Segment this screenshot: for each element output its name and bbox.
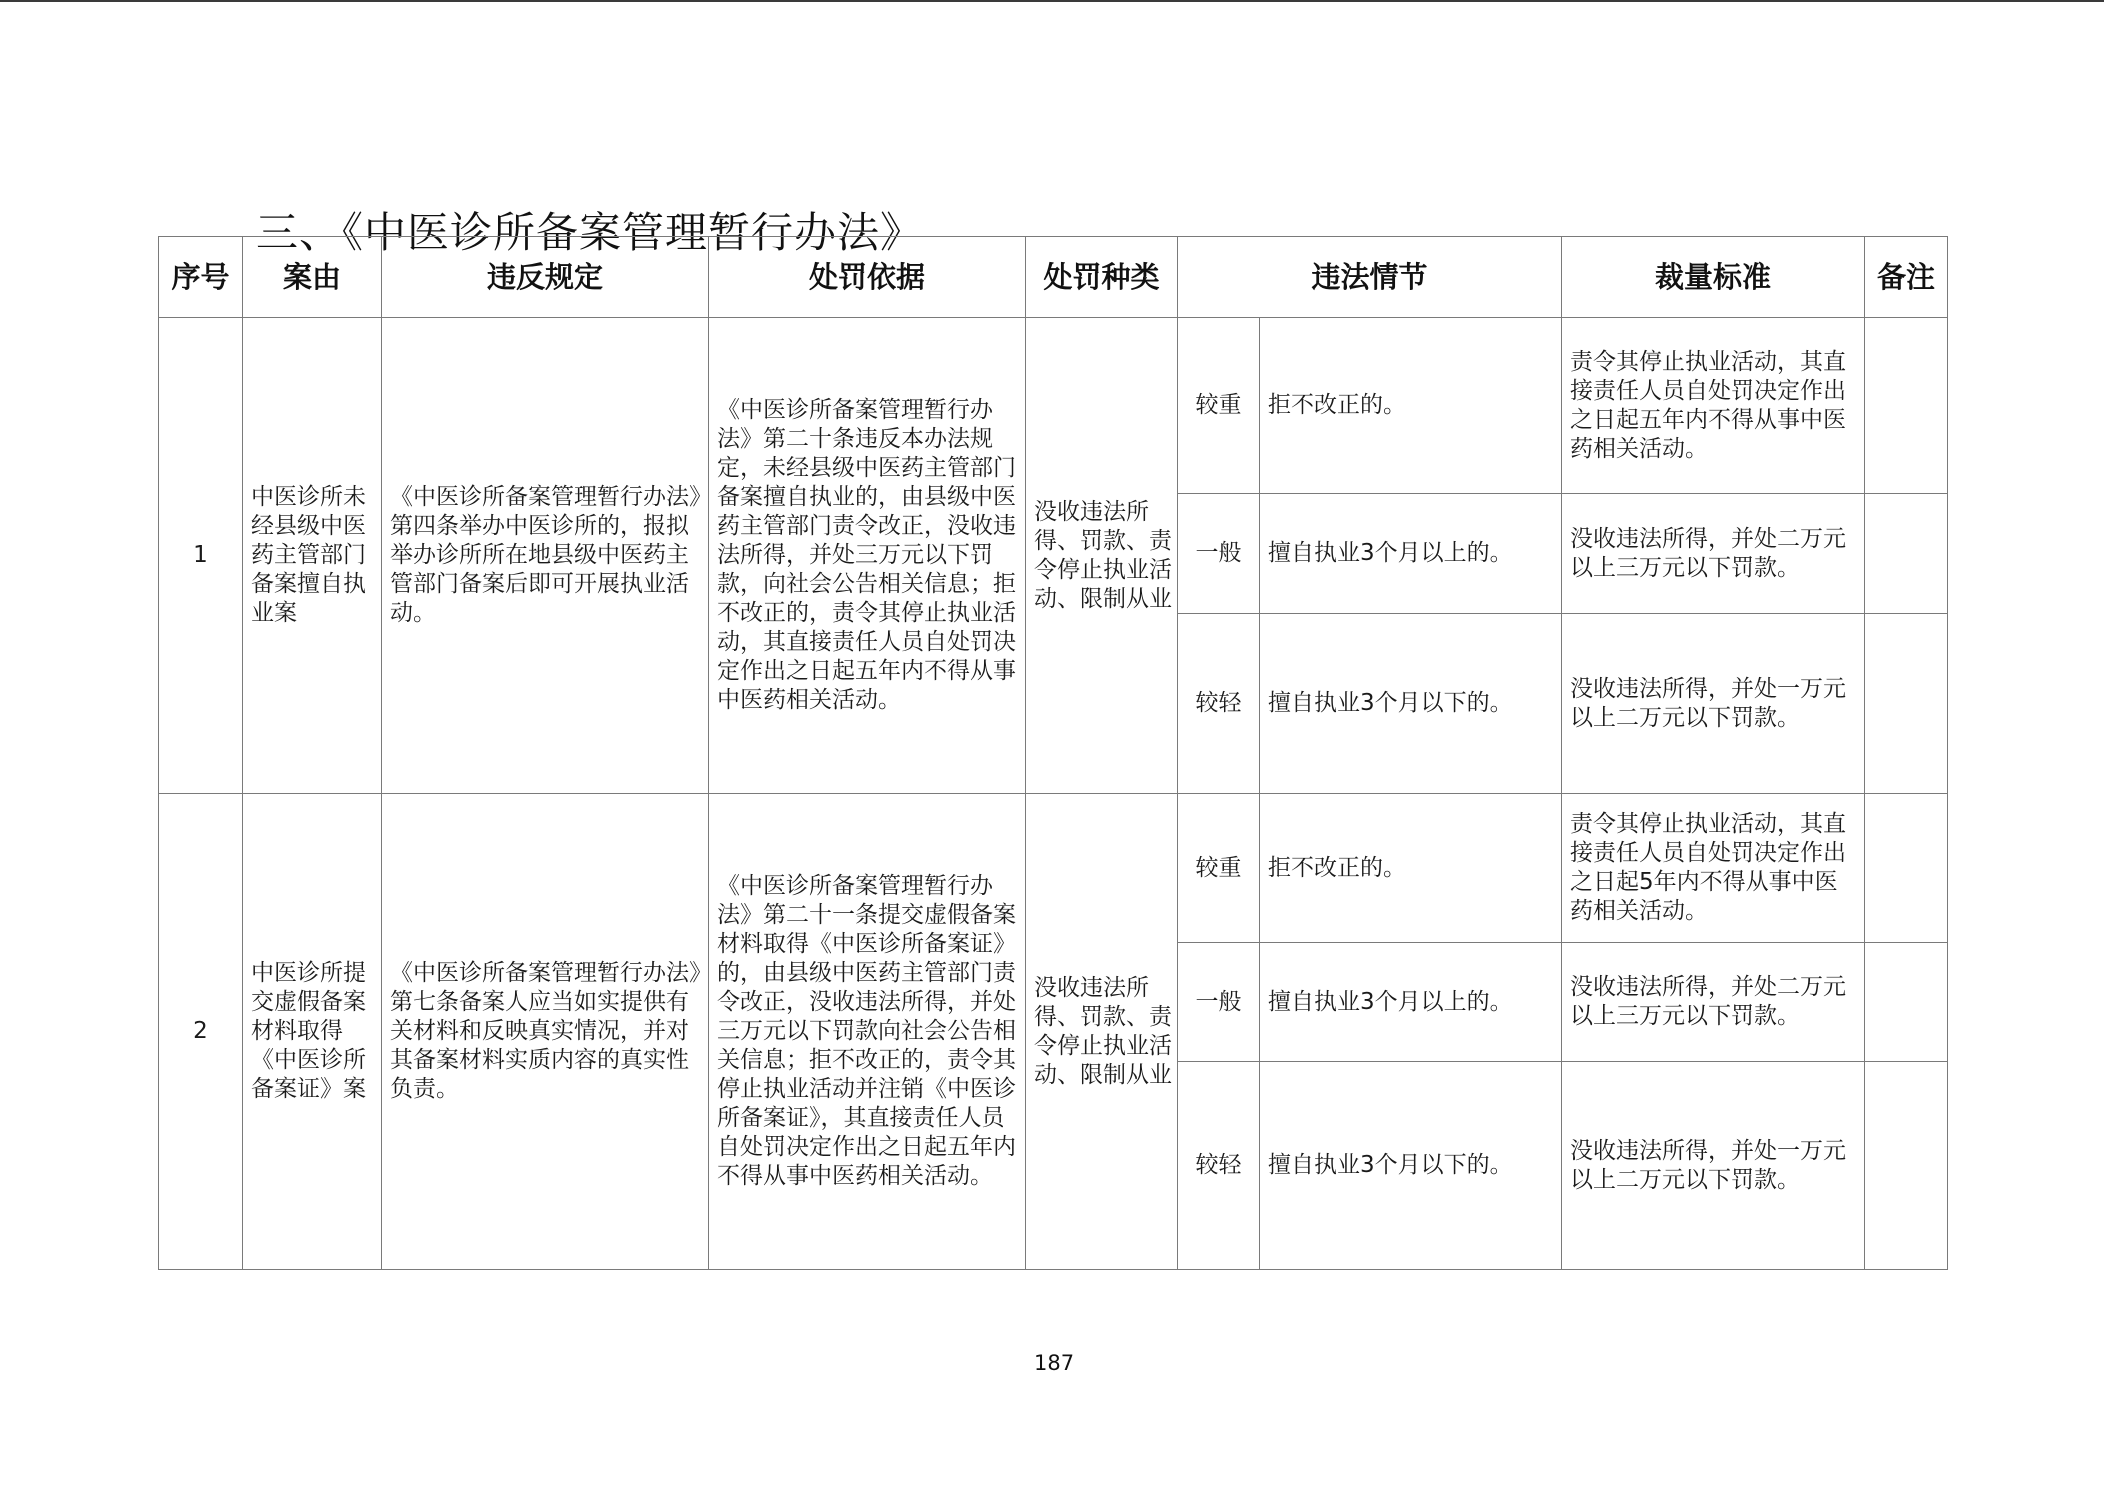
header-remark: 备注 bbox=[1865, 237, 1948, 318]
header-penalty-type: 处罚种类 bbox=[1026, 237, 1178, 318]
penalty-basis: 《中医诊所备案管理暂行办法》第二十条违反本办法规定，未经县级中医药主管部门备案擅… bbox=[709, 318, 1026, 794]
circumstance: 擅自执业3个月以下的。 bbox=[1260, 614, 1562, 794]
remark bbox=[1865, 1062, 1948, 1270]
violated-provision: 《中医诊所备案管理暂行办法》第四条举办中医诊所的，报拟举办诊所所在地县级中医药主… bbox=[382, 318, 709, 794]
table-row: 1 中医诊所未经县级中医药主管部门备案擅自执业案 《中医诊所备案管理暂行办法》第… bbox=[159, 318, 1948, 494]
header-cause: 案由 bbox=[243, 237, 382, 318]
penalty-type: 没收违法所得、罚款、责令停止执业活动、限制从业 bbox=[1026, 318, 1178, 794]
remark bbox=[1865, 318, 1948, 494]
severity-grade: 较轻 bbox=[1178, 614, 1260, 794]
remark bbox=[1865, 943, 1948, 1062]
table-header-row: 序号 案由 违反规定 处罚依据 处罚种类 违法情节 裁量标准 备注 bbox=[159, 237, 1948, 318]
violated-provision: 《中医诊所备案管理暂行办法》第七条备案人应当如实提供有关材料和反映真实情况，并对… bbox=[382, 794, 709, 1270]
discretion-standard: 没收违法所得，并处一万元以上二万元以下罚款。 bbox=[1562, 1062, 1865, 1270]
severity-grade: 较重 bbox=[1178, 318, 1260, 494]
circumstance: 擅自执业3个月以上的。 bbox=[1260, 943, 1562, 1062]
discretion-standard: 没收违法所得，并处二万元以上三万元以下罚款。 bbox=[1562, 494, 1865, 614]
header-circumstance: 违法情节 bbox=[1178, 237, 1562, 318]
page-number: 187 bbox=[1034, 1351, 1074, 1375]
remark bbox=[1865, 794, 1948, 943]
circumstance: 擅自执业3个月以下的。 bbox=[1260, 1062, 1562, 1270]
discretion-standard: 没收违法所得，并处二万元以上三万元以下罚款。 bbox=[1562, 943, 1865, 1062]
circumstance: 拒不改正的。 bbox=[1260, 318, 1562, 494]
circumstance: 擅自执业3个月以上的。 bbox=[1260, 494, 1562, 614]
penalty-basis: 《中医诊所备案管理暂行办法》第二十一条提交虚假备案材料取得《中医诊所备案证》的，… bbox=[709, 794, 1026, 1270]
discretion-standard: 责令其停止执业活动，其直接责任人员自处罚决定作出之日起五年内不得从事中医药相关活… bbox=[1562, 318, 1865, 494]
severity-grade: 较重 bbox=[1178, 794, 1260, 943]
severity-grade: 较轻 bbox=[1178, 1062, 1260, 1270]
discretion-standard: 责令其停止执业活动，其直接责任人员自处罚决定作出之日起5年内不得从事中医药相关活… bbox=[1562, 794, 1865, 943]
remark bbox=[1865, 614, 1948, 794]
penalty-type: 没收违法所得、罚款、责令停止执业活动、限制从业 bbox=[1026, 794, 1178, 1270]
row-number: 1 bbox=[159, 318, 243, 794]
header-penalty-basis: 处罚依据 bbox=[709, 237, 1026, 318]
header-standard: 裁量标准 bbox=[1562, 237, 1865, 318]
row-number: 2 bbox=[159, 794, 243, 1270]
circumstance: 拒不改正的。 bbox=[1260, 794, 1562, 943]
discretion-standard: 没收违法所得，并处一万元以上二万元以下罚款。 bbox=[1562, 614, 1865, 794]
table-row: 2 中医诊所提交虚假备案材料取得《中医诊所备案证》案 《中医诊所备案管理暂行办法… bbox=[159, 794, 1948, 943]
severity-grade: 一般 bbox=[1178, 943, 1260, 1062]
severity-grade: 一般 bbox=[1178, 494, 1260, 614]
header-no: 序号 bbox=[159, 237, 243, 318]
header-violated-provision: 违反规定 bbox=[382, 237, 709, 318]
page-top-border bbox=[0, 0, 2104, 2]
case-cause: 中医诊所提交虚假备案材料取得《中医诊所备案证》案 bbox=[243, 794, 382, 1270]
remark bbox=[1865, 494, 1948, 614]
penalty-discretion-table: 序号 案由 违反规定 处罚依据 处罚种类 违法情节 裁量标准 备注 1 中医诊所… bbox=[158, 236, 1948, 1270]
case-cause: 中医诊所未经县级中医药主管部门备案擅自执业案 bbox=[243, 318, 382, 794]
